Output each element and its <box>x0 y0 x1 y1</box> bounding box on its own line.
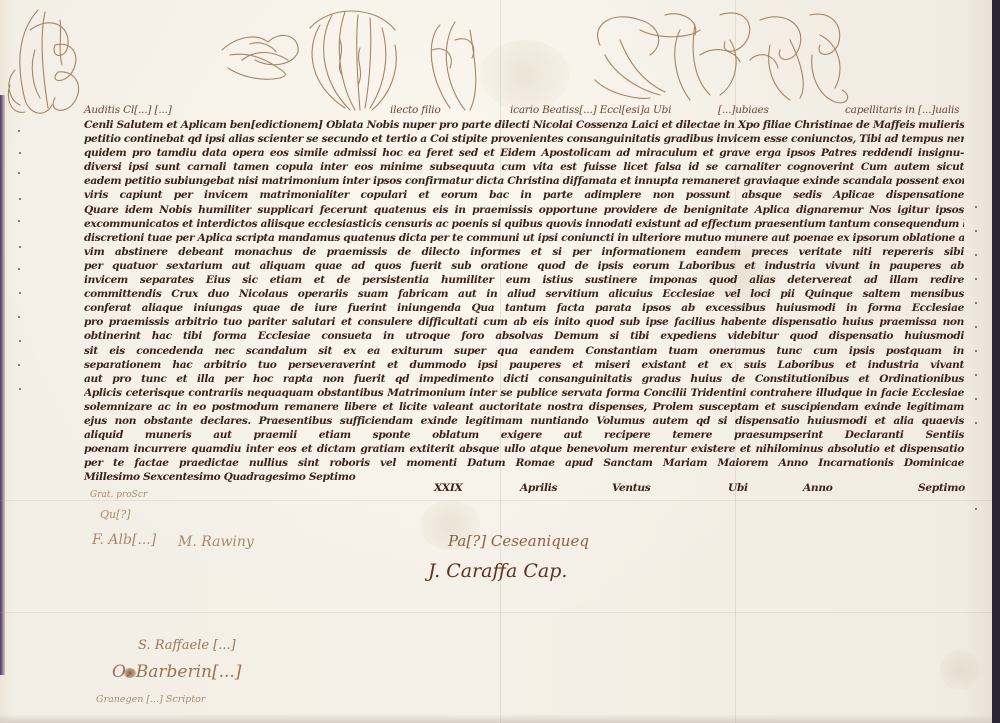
initial-flourish-left <box>8 10 78 113</box>
salutation-word: icario Beatiss[...] Eccl[esi]a Ubi <box>510 104 671 118</box>
text-line: Cenli Salutem et Aplicam ben[edictionem]… <box>84 118 964 132</box>
text-line: solemnizare ac in eo postmodum remanere … <box>84 400 964 414</box>
date-word: Septimo <box>918 482 965 494</box>
signature-caraffa: J. Caraffa Cap. <box>428 560 567 582</box>
text-line: quidem pro tamdiu data opera eos simile … <box>84 146 964 160</box>
signature-center-top: Pa[?] Ceseaniqueq <box>448 532 589 550</box>
age-stain <box>940 650 980 690</box>
text-line: conferat aliaque iniungas quae de iure f… <box>84 301 964 315</box>
text-line: separationem hac arbitrio tuo perseverav… <box>84 358 964 372</box>
salutation-word: capellitaris in [...]ualis <box>845 104 959 118</box>
date-word: Aprilis <box>520 482 557 494</box>
fold-line-horizontal <box>0 500 992 501</box>
initial-flourish-cloud <box>222 35 298 79</box>
text-line: aliquid muneris aut praemii etiam sponte… <box>84 428 964 442</box>
date-word: Anno <box>803 482 833 494</box>
text-line: excommunicatos et interdictos aliisque e… <box>84 217 964 231</box>
salutation-word: ilecto filio <box>390 104 441 118</box>
annotation-left-upper: Grat. proScr <box>90 490 147 500</box>
signature-lower-3: Granegen [...] Scriptor <box>96 694 205 705</box>
text-line: invicem separates Eius sic etiam et de p… <box>84 273 964 287</box>
date-word: Ubi <box>728 482 748 494</box>
text-line: committendis Crux duo Nicolaus operariis… <box>84 287 964 301</box>
initial-flourish-center-right <box>431 22 475 110</box>
text-line: eadem petitio subiungebat nisi matrimoni… <box>84 174 964 188</box>
annotation-left-mark: Qu[?] <box>100 508 131 521</box>
date-word: Ventus <box>612 482 650 494</box>
text-line: poenam incurrere quamdiu inter eos et di… <box>84 442 964 456</box>
scan-border-right <box>992 0 1000 723</box>
letter-body: Cenli Salutem et Aplicam ben[edictionem]… <box>84 118 964 484</box>
text-line: petitio continebat qd ipsi alias sciente… <box>84 132 964 146</box>
text-line: viris capiunt per invicem matrimonialite… <box>84 188 964 202</box>
left-edge-tint <box>0 95 5 675</box>
text-line: Quare idem Nobis humiliter supplicari fe… <box>84 203 964 217</box>
signature-left-1: F. Alb[...] <box>92 532 156 548</box>
fold-line-horizontal <box>0 612 992 613</box>
text-line: ejus non obstante declares. Praesentibus… <box>84 414 964 428</box>
initial-flourish-right <box>595 13 848 103</box>
salutation-word: Auditis Cl[...] [...] <box>84 104 172 118</box>
text-line: per te factae praedictae nullius sint ro… <box>84 456 964 470</box>
initial-flourish-center <box>310 11 396 110</box>
scan-border-bottom <box>0 714 992 723</box>
text-line: Aplicis ceterisque contrariis nequaquam … <box>84 386 964 400</box>
text-line: discretioni tuae per Aplica scripta mand… <box>84 231 964 245</box>
text-line: aut pro tunc et illa per hoc rapta non f… <box>84 372 964 386</box>
text-line: Millesimo Sexcentesimo Quadragesimo Sept… <box>84 470 444 484</box>
signature-left-2: M. Rawiny <box>178 534 254 550</box>
text-line: vim abstinere debeant monachus de praemi… <box>84 245 964 259</box>
text-line: sit eis concedenda nec scandalum sit ex … <box>84 344 964 358</box>
text-line: obtinerint hac tibi forma Ecclesiae cons… <box>84 329 964 343</box>
ink-blot <box>124 668 136 678</box>
text-line: pro praemissis arbitrio tuo pariter salu… <box>84 315 964 329</box>
signature-lower-1: S. Raffaele [...] <box>138 638 236 653</box>
salutation-word: [...]ubiaes <box>718 104 769 118</box>
date-word: XXIX <box>434 482 462 494</box>
text-line: diversi ipsi sunt carnali tamen copula i… <box>84 160 964 174</box>
calligraphic-initials <box>0 0 992 120</box>
text-line: per quatuor sextarium aut aliquam quae a… <box>84 259 964 273</box>
